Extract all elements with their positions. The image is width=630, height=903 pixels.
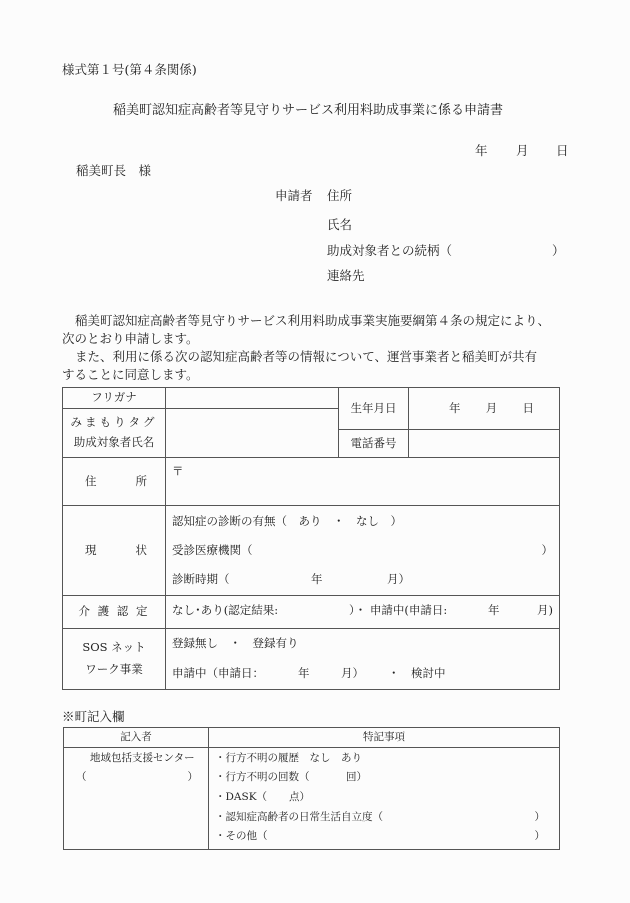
phone-label: 電話番号	[339, 430, 409, 458]
status-content: 認知症の診断の有無（ あり ・ なし ） 受診医療機関（ ） 診断時期（ 年 月…	[166, 506, 560, 596]
sos-network-label: SOS ネット ワーク事業	[63, 629, 166, 690]
independence-close: ）	[535, 812, 546, 823]
sos-label-line-1: SOS ネット	[63, 637, 165, 659]
subject-info-table: フリガナ 生年月日 年 月 日 みまもりタグ 助成対象者氏名 電話番号 住 所	[62, 387, 560, 690]
body-paragraph-2-line-2: することに同意します。	[62, 369, 199, 382]
diagnosis-year-label: 年	[311, 574, 323, 586]
body-paragraph-1-line-2: 次のとおり申請します。	[62, 333, 199, 346]
care-cert-year: 年	[488, 605, 500, 617]
address-label-a: 住	[85, 476, 97, 488]
applicant-address-field[interactable]: 住所	[327, 190, 352, 203]
diagnosis-time-label: 診断時期（	[172, 574, 230, 586]
birthdate-label: 生年月日	[339, 388, 409, 430]
postal-mark: 〒	[172, 464, 184, 478]
sos-applying[interactable]: 申請中（申請日：	[172, 668, 264, 680]
missing-history-item[interactable]: ・行方不明の履歴 なし あり	[215, 753, 362, 764]
date-month-label: 月	[516, 145, 529, 158]
status-label-b: 状	[136, 545, 148, 557]
body-paragraph-1-line-1: 稲美町認知症高齢者等見守りサービス利用料助成事業実施要綱第４条の規定により、	[75, 315, 550, 328]
addressee: 稲美町長 様	[76, 165, 151, 178]
date-day-label: 日	[556, 145, 569, 158]
care-cert-choice[interactable]: なし･あり(認定結果:	[172, 605, 278, 617]
date-year-label: 年	[475, 145, 488, 158]
sos-considering[interactable]: ・ 検討中	[388, 668, 446, 680]
birth-day-label: 日	[523, 403, 535, 415]
independence-item[interactable]: ・認知症高齢者の日常生活自立度（	[215, 812, 383, 823]
town-section-heading: ※町記入欄	[62, 711, 125, 724]
care-cert-applying[interactable]: ）・ 申請中(申請日:	[349, 605, 447, 617]
status-label: 現 状	[63, 506, 166, 596]
address-label: 住 所	[63, 458, 166, 506]
subject-name-label: みまもりタグ 助成対象者氏名	[63, 409, 166, 458]
care-cert-label: 介 護 認 定	[63, 596, 166, 629]
dask-unit: 点）	[289, 792, 310, 803]
body-paragraph-2-line-1: また、利用に係る次の認知症高齢者等の情報について、運営事業者と稲美町が共有	[75, 351, 537, 364]
relation-label: 助成対象者との続柄（	[327, 243, 452, 258]
subject-name-input[interactable]	[166, 409, 339, 458]
address-input[interactable]: 〒	[166, 458, 560, 506]
furigana-input[interactable]	[166, 388, 339, 409]
institution-close: ）	[542, 545, 554, 557]
birth-month-label: 月	[486, 403, 498, 415]
entrant-header: 記入者	[64, 728, 209, 748]
sos-registration-choice[interactable]: 登録無し ・ 登録有り	[172, 638, 299, 650]
birthdate-input[interactable]: 年 月 日	[409, 388, 560, 430]
town-entry-table: 記入者 特記事項 地域包括支援センター （ ） ・行方不明の履歴 なし あり ・…	[63, 727, 560, 850]
other-item[interactable]: ・その他（	[215, 831, 268, 842]
dask-item[interactable]: ・DASK（	[215, 792, 267, 803]
care-cert-content: なし･あり(認定結果: ）・ 申請中(申請日: 年 月)	[166, 596, 560, 629]
subject-name-label-line-2: 助成対象者氏名	[63, 433, 165, 453]
furigana-label: フリガナ	[63, 388, 166, 409]
status-label-a: 現	[85, 545, 97, 557]
other-close: ）	[535, 831, 546, 842]
phone-input[interactable]	[409, 430, 560, 458]
notes-cell: ・行方不明の履歴 なし あり ・行方不明の回数（ 回） ・DASK（ 点） ・認…	[209, 748, 560, 850]
document-title: 稲美町認知症高齢者等見守りサービス利用料助成事業に係る申請書	[113, 104, 503, 117]
birth-year-label: 年	[449, 403, 461, 415]
institution-label: 受診医療機関（	[172, 545, 253, 557]
applicant-contact-field[interactable]: 連絡先	[327, 270, 365, 283]
diagnosis-choice[interactable]: 認知症の診断の有無（ あり ・ なし ）	[172, 516, 402, 528]
diagnosis-month-label: 月）	[387, 574, 410, 586]
missing-count-item[interactable]: ・行方不明の回数（	[215, 772, 310, 783]
subject-name-label-line-1: みまもりタグ	[63, 413, 165, 433]
entrant-center-label: 地域包括支援センター	[90, 753, 195, 764]
entrant-cell[interactable]: 地域包括支援センター （ ）	[64, 748, 209, 850]
missing-count-unit: 回）	[346, 772, 367, 783]
sos-label-line-2: ワーク事業	[63, 659, 165, 681]
care-cert-month: 月)	[537, 605, 553, 617]
entrant-close-paren: ）	[188, 772, 199, 783]
entrant-open-paren: （	[76, 772, 87, 783]
applicant-name-field[interactable]: 氏名	[327, 219, 352, 232]
sos-network-content: 登録無し ・ 登録有り 申請中（申請日： 年 月） ・ 検討中	[166, 629, 560, 690]
sos-year: 年	[298, 668, 310, 680]
address-label-b: 所	[136, 476, 148, 488]
notes-header: 特記事項	[209, 728, 560, 748]
applicant-relation-field[interactable]: 助成対象者との続柄（	[327, 245, 452, 258]
sos-month: 月）	[341, 668, 364, 680]
relation-close-paren: ）	[552, 245, 565, 258]
applicant-label: 申請者	[275, 190, 313, 203]
form-number: 様式第１号(第４条関係)	[62, 64, 197, 77]
